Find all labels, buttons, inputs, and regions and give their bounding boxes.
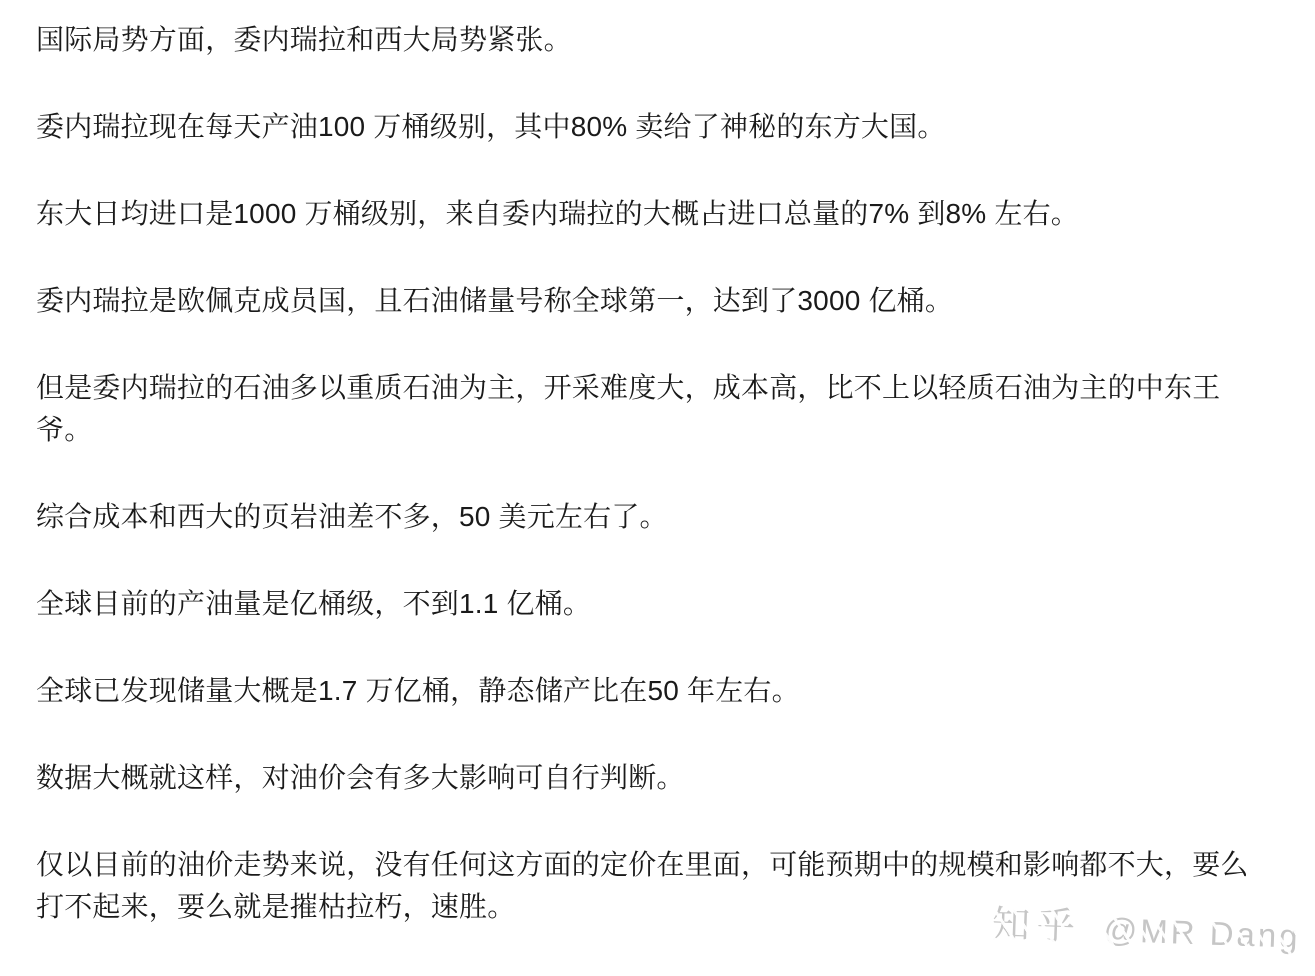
zhihu-logo-text: 知乎 (991, 904, 1082, 949)
paragraph: 全球目前的产油量是亿桶级，不到1.1 亿桶。 (36, 583, 1258, 625)
watermark-author-handle: @MR Dang (1103, 911, 1301, 955)
paragraph: 全球已发现储量大概是1.7 万亿桶，静态储产比在50 年左右。 (36, 670, 1258, 712)
zhihu-watermark: 知乎@MR Dang (991, 893, 1302, 959)
article-body: 国际局势方面，委内瑞拉和西大局势紧张。 委内瑞拉现在每天产油100 万桶级别，其… (0, 0, 1258, 928)
page: { "page": { "background": "#ffffff", "te… (0, 0, 1315, 976)
paragraph: 委内瑞拉是欧佩克成员国，且石油储量号称全球第一，达到了3000 亿桶。 (36, 280, 1258, 322)
paragraph: 数据大概就这样，对油价会有多大影响可自行判断。 (36, 757, 1258, 799)
paragraph: 委内瑞拉现在每天产油100 万桶级别，其中80% 卖给了神秘的东方大国。 (36, 106, 1258, 148)
paragraph: 但是委内瑞拉的石油多以重质石油为主，开采难度大，成本高，比不上以轻质石油为主的中… (36, 367, 1258, 451)
paragraph: 综合成本和西大的页岩油差不多，50 美元左右了。 (36, 496, 1258, 538)
paragraph: 东大日均进口是1000 万桶级别，来自委内瑞拉的大概占进口总量的7% 到8% 左… (36, 193, 1258, 235)
paragraph: 国际局势方面，委内瑞拉和西大局势紧张。 (36, 19, 1258, 61)
